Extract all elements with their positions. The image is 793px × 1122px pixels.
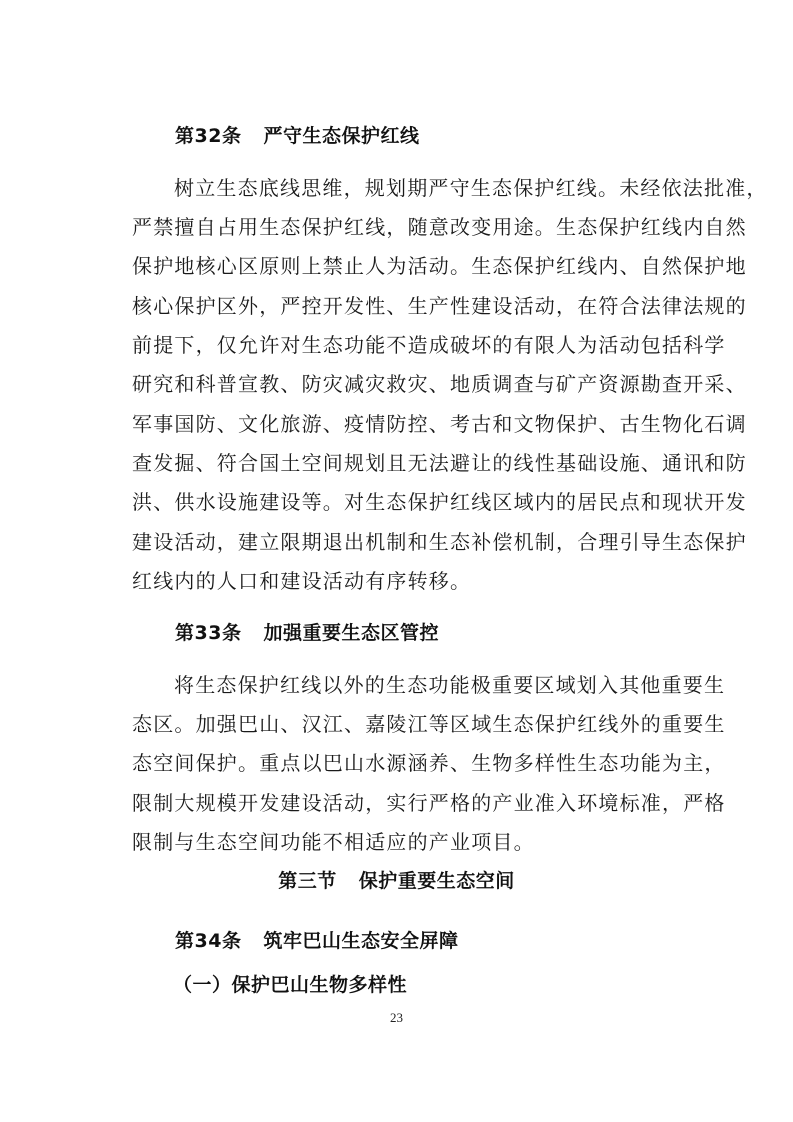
subsection-1-heading: （一）保护巴山生物多样性 xyxy=(173,973,407,997)
article-32-line-4: 核心保护区外，严控开发性、生产性建设活动，在符合法律法规的 xyxy=(132,294,692,318)
article-32-line-3: 保护地核心区原则上禁止人为活动。生态保护红线内、自然保护地 xyxy=(132,254,692,278)
article-32-line-8: 查发掘、符合国土空间规划且无法避让的线性基础设施、通讯和防 xyxy=(132,451,692,475)
document-page: 第32条严守生态保护红线 树立生态底线思维，规划期严守生态保护红线。未经依法批准… xyxy=(0,0,793,1122)
article-33-number: 第33条 xyxy=(175,622,241,644)
article-32-line-7: 军事国防、文化旅游、疫情防控、考古和文物保护、古生物化石调 xyxy=(132,412,692,436)
article-32-title: 严守生态保护红线 xyxy=(263,125,419,147)
section-3-heading: 第三节保护重要生态空间 xyxy=(0,869,793,893)
article-33-line-4: 限制大规模开发建设活动，实行严格的产业准入环境标准，严格 xyxy=(132,791,692,815)
article-34-heading: 第34条筑牢巴山生态安全屏障 xyxy=(175,929,458,953)
article-32-line-6: 研究和科普宣教、防灾减灾救灾、地质调查与矿产资源勘查开采、 xyxy=(132,372,692,396)
article-33-title: 加强重要生态区管控 xyxy=(263,622,439,644)
article-32-line-1: 树立生态底线思维，规划期严守生态保护红线。未经依法批准， xyxy=(174,176,692,200)
article-32-line-9: 洪、供水设施建设等。对生态保护红线区域内的居民点和现状开发 xyxy=(132,490,692,514)
article-32-heading: 第32条严守生态保护红线 xyxy=(175,124,419,148)
article-32-line-10: 建设活动，建立限期退出机制和生态补偿机制，合理引导生态保护 xyxy=(132,530,692,554)
page-number: 23 xyxy=(0,1010,793,1026)
article-33-heading: 第33条加强重要生态区管控 xyxy=(175,621,439,645)
section-3-title: 保护重要生态空间 xyxy=(359,870,515,892)
article-34-number: 第34条 xyxy=(175,930,241,952)
article-33-line-5: 限制与生态空间功能不相适应的产业项目。 xyxy=(132,830,692,854)
article-34-title: 筑牢巴山生态安全屏障 xyxy=(263,930,458,952)
section-3-number: 第三节 xyxy=(278,870,337,892)
article-32-line-2: 严禁擅自占用生态保护红线，随意改变用途。生态保护红线内自然 xyxy=(132,215,692,239)
article-32-line-11: 红线内的人口和建设活动有序转移。 xyxy=(132,569,692,593)
article-32-number: 第32条 xyxy=(175,125,241,147)
article-33-line-2: 态区。加强巴山、汉江、嘉陵江等区域生态保护红线外的重要生 xyxy=(132,712,692,736)
article-33-line-1: 将生态保护红线以外的生态功能极重要区域划入其他重要生 xyxy=(174,673,692,697)
article-32-line-5: 前提下，仅允许对生态功能不造成破坏的有限人为活动包括科学 xyxy=(132,333,692,357)
article-33-line-3: 态空间保护。重点以巴山水源涵养、生物多样性生态功能为主， xyxy=(132,751,692,775)
